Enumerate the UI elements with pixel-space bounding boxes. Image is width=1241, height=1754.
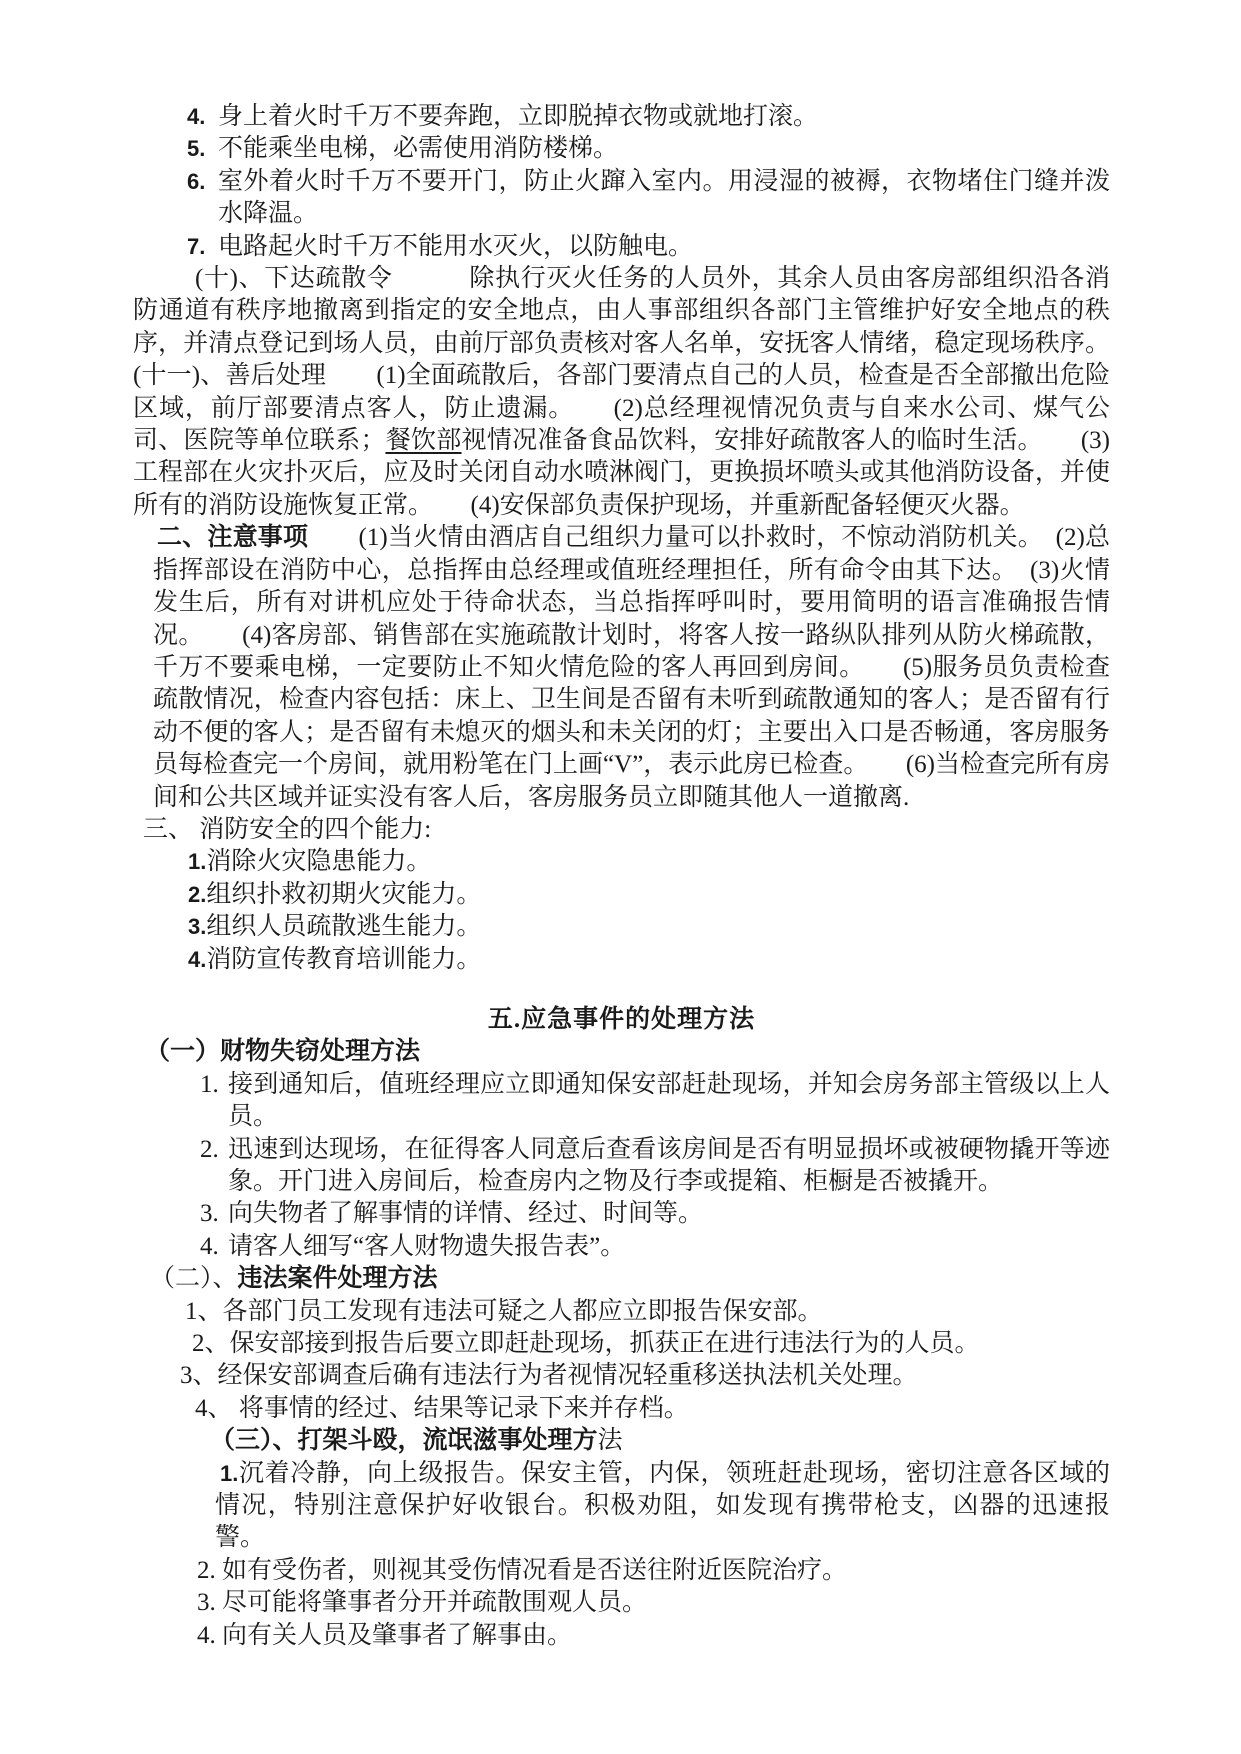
list-item-number: 1. [220,1461,238,1486]
list-item: 1. 接到通知后，值班经理应立即通知保安部赶赴现场，并知会房务部主管级以上人员。 [133,1069,1110,1134]
list-item: 1.沉着冷静，向上级报告。保安主管，内保，领班赶赴现场，密切注意各区域的情况，特… [133,1458,1110,1555]
list-item-text: 组织人员疏散逃生能力。 [206,913,481,940]
list-item-text: 迅速到达现场，在征得客人同意后查看该房间是否有明显损坏或被硬物撬开等迹象。开门进… [228,1136,1110,1195]
list-item: 2、保安部接到报告后要立即赶赴现场，抓获正在进行违法行为的人员。 [192,1328,1110,1360]
four-abilities-list: 1.消除火灾隐患能力。 2.组织扑救初期火灾能力。 3.组织人员疏散逃生能力。 … [133,846,1110,976]
list-item-number: 1. [200,1069,219,1101]
list-item: 7. 电路起火时千万不能用水灭火，以防触电。 [133,231,1110,263]
list-item-text: 请客人细写“客人财物遗失报告表”。 [228,1233,625,1260]
underlined-dining-department: 餐饮部 [385,427,461,454]
theft-handling-list: 1. 接到通知后，值班经理应立即通知保安部赶赴现场，并知会房务部主管级以上人员。… [133,1069,1110,1263]
list-item-number: 5. [187,133,205,165]
paragraph-text: (十)、下达疏散令 除执行灭火任务的人员外，其余人员由客房部组织沿各消防通道有秩… [133,265,1110,454]
list-item-text: 消除火灾隐患能力。 [206,848,431,875]
notes-lead-label: 二、注意事项 [157,524,308,551]
list-item-number: 3. [200,1198,219,1230]
section-title-four-abilities: 三、 消防安全的四个能力: [143,814,1110,846]
subsection-title-text-normal: 法 [598,1427,623,1454]
section-title-emergency-handling: 五.应急事件的处理方法 [133,1004,1110,1036]
list-item: 1、各部门员工发现有违法可疑之人都应立即报告保安部。 [185,1296,1110,1328]
list-item-number: 4. [188,947,206,972]
list-item-text: 接到通知后，值班经理应立即通知保安部赶赴现场，并知会房务部主管级以上人员。 [228,1071,1110,1130]
fire-escape-rules-list: 4. 身上着火时千万不要奔跑，立即脱掉衣物或就地打滚。 5. 不能乘坐电梯，必需… [133,101,1110,263]
list-item-text: 电路起火时千万不能用水灭火，以防触电。 [218,233,693,260]
list-item: 4. 身上着火时千万不要奔跑，立即脱掉衣物或就地打滚。 [133,101,1110,133]
list-item-text: 身上着火时千万不要奔跑，立即脱掉衣物或就地打滚。 [218,103,818,130]
list-item: 2.组织扑救初期火灾能力。 [188,879,1110,911]
list-item-text: 组织扑救初期火灾能力。 [206,881,481,908]
subsection-title-prefix: （二）、 [150,1265,238,1292]
list-item-number: 3. [188,914,206,939]
list-item: 3、经保安部调查后确有违法行为者视情况轻重移送执法机关处理。 [180,1360,1110,1392]
list-item-number: 1. [188,849,206,874]
subsection-title-fighting: （三）、打架斗殴，流氓滋事处理方法 [210,1425,1110,1457]
subsection-title-theft-handling: （一）财物失窃处理方法 [145,1036,1110,1068]
list-item: 4. 请客人细写“客人财物遗失报告表”。 [133,1231,1110,1263]
list-item-text: 向失物者了解事情的详情、经过、时间等。 [228,1200,703,1227]
list-item: 3. 尽可能将肇事者分开并疏散围观人员。 [197,1587,1110,1619]
list-item-number: 2. [188,882,206,907]
fighting-handling-list: 1.沉着冷静，向上级报告。保安主管，内保，领班赶赴现场，密切注意各区域的情况，特… [133,1458,1110,1652]
subsection-title-illegal-cases: （二）、违法案件处理方法 [150,1263,1110,1295]
list-item-number: 4. [200,1231,219,1263]
list-item: 4、 将事情的经过、结果等记录下来并存档。 [195,1393,1110,1425]
document-page: 4. 身上着火时千万不要奔跑，立即脱掉衣物或就地打滚。 5. 不能乘坐电梯，必需… [0,0,1241,1754]
list-item-number: 6. [187,166,205,198]
paragraph-notes: 二、注意事项 (1)当火情由酒店自己组织力量可以扑救时，不惊动消防机关。 (2)… [153,522,1110,814]
subsection-title-text: 违法案件处理方法 [238,1265,438,1292]
list-item: 4. 向有关人员及肇事者了解事由。 [197,1620,1110,1652]
subsection-title-text: （三）、打架斗殴，流氓滋事处理方 [210,1427,598,1454]
list-item: 5. 不能乘坐电梯，必需使用消防楼梯。 [133,133,1110,165]
list-item: 2. 如有受伤者，则视其受伤情况看是否送往附近医院治疗。 [197,1555,1110,1587]
list-item-text: 沉着冷静，向上级报告。保安主管，内保，领班赶赴现场，密切注意各区域的情况，特别注… [215,1460,1110,1552]
paragraph-text: (1)当火情由酒店自己组织力量可以扑救时，不惊动消防机关。 (2)总指挥部设在消… [153,524,1110,810]
list-item-text: 消防宣传教育培训能力。 [206,946,481,973]
list-item-number: 7. [187,231,205,263]
list-item: 3. 向失物者了解事情的详情、经过、时间等。 [133,1198,1110,1230]
list-item: 2. 迅速到达现场，在征得客人同意后查看该房间是否有明显损坏或被硬物撬开等迹象。… [133,1134,1110,1199]
list-item: 4.消防宣传教育培训能力。 [188,944,1110,976]
list-item-text: 不能乘坐电梯，必需使用消防楼梯。 [218,135,618,162]
illegal-cases-list: 1、各部门员工发现有违法可疑之人都应立即报告保安部。 2、保安部接到报告后要立即… [133,1296,1110,1426]
list-item-text: 室外着火时千万不要开门，防止火蹿入室内。用浸湿的被褥，衣物堵住门缝并泼水降温。 [218,168,1110,227]
list-item: 3.组织人员疏散逃生能力。 [188,911,1110,943]
list-item: 6. 室外着火时千万不要开门，防止火蹿入室内。用浸湿的被褥，衣物堵住门缝并泼水降… [133,166,1110,231]
list-item-number: 4. [187,101,205,133]
paragraph-evacuation-order: (十)、下达疏散令 除执行灭火任务的人员外，其余人员由客房部组织沿各消防通道有秩… [133,263,1110,522]
list-item-number: 2. [200,1134,219,1166]
list-item: 1.消除火灾隐患能力。 [188,846,1110,878]
